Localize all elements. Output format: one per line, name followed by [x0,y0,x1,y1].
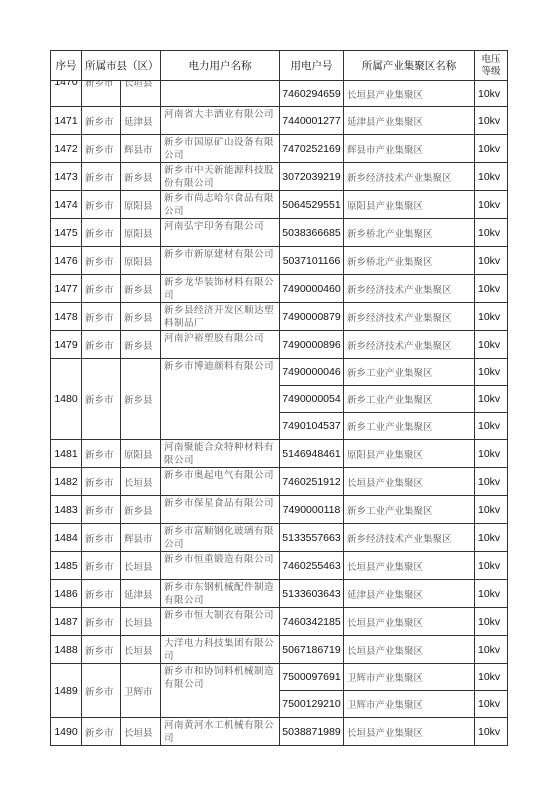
county-cell: 原阳县 [121,219,161,247]
voltage-cell: 10kv [475,608,508,636]
cluster-cell: 原阳县产业集聚区 [344,191,475,219]
header-district: 所属市县（区） [82,51,161,81]
cluster-cell: 新乡桥北产业集聚区 [344,219,475,247]
county-cell: 长垣县 [121,468,161,496]
account-cell: 5038871989 [280,718,344,746]
account-cell: 7460342185 [280,608,344,636]
account-cell: 5038366685 [280,219,344,247]
company-name-cell: 新乡市尚志哈尔食品有限公司 [161,191,280,219]
city-cell: 新乡市 [82,275,121,303]
cluster-cell: 新乡工业产业集聚区 [344,496,475,524]
account-cell: 7470252169 [280,135,344,163]
county-cell: 新乡县 [121,163,161,191]
document-page: 序号 所属市县（区） 电力用户名称 用电户号 所属产业集聚区名称 电压等级 14… [50,50,507,746]
header-cluster: 所属产业集聚区名称 [344,51,475,81]
company-name-cell: 新乡市新原建材有限公司 [161,247,280,275]
account-cell: 7500129210 [280,691,344,718]
company-name-cell: 新乡市富顺钢化玻璃有限公司 [161,524,280,552]
cluster-cell: 延津县产业集聚区 [344,107,475,135]
seq-cell: 1481 [51,440,82,468]
header-voltage: 电压等级 [475,51,508,81]
city-cell: 新乡市 [82,331,121,359]
account-cell: 5037101166 [280,247,344,275]
cluster-cell: 长垣县产业集聚区 [344,636,475,664]
seq-cell: 1483 [51,496,82,524]
county-cell: 新乡县 [121,359,161,440]
city-cell: 新乡市 [82,163,121,191]
header-user-name: 电力用户名称 [161,51,280,81]
header-seq: 序号 [51,51,82,81]
voltage-cell: 10kv [475,413,508,440]
county-cell: 原阳县 [121,247,161,275]
company-name-cell: 河南省大丰酒业有限公司 [161,107,280,135]
cluster-cell: 长垣县产业集聚区 [344,81,475,107]
seq-cell: 1489 [51,664,82,718]
account-cell: 5064529551 [280,191,344,219]
table-header-row: 序号 所属市县（区） 电力用户名称 用电户号 所属产业集聚区名称 电压等级 [51,51,508,81]
account-cell: 7490000054 [280,386,344,413]
company-name-cell: 河南沪裕塑胶有限公司 [161,331,280,359]
city-cell: 新乡市 [82,135,121,163]
power-users-table: 序号 所属市县（区） 电力用户名称 用电户号 所属产业集聚区名称 电压等级 14… [50,50,508,746]
table-row: 1477新乡市新乡县新乡龙华装饰材料有限公司7490000460新乡经济技术产业… [51,275,508,303]
account-cell: 3072039219 [280,163,344,191]
table-row: 1471新乡市延津县河南省大丰酒业有限公司7440001277延津县产业集聚区1… [51,107,508,135]
company-name-cell: 新乡龙华装饰材料有限公司 [161,275,280,303]
seq-cell: 1478 [51,303,82,331]
cluster-cell: 新乡桥北产业集聚区 [344,247,475,275]
seq-cell: 1490 [51,718,82,746]
seq-cell: 1477 [51,275,82,303]
cluster-cell: 辉县市产业集聚区 [344,135,475,163]
voltage-cell: 10kv [475,440,508,468]
county-cell: 延津县 [121,580,161,608]
company-name-cell: 新乡市保星食品有限公司 [161,496,280,524]
seq-cell: 1480 [51,359,82,440]
seq-cell: 1487 [51,608,82,636]
county-cell: 原阳县 [121,191,161,219]
table-row: 1473新乡市新乡县新乡市中天新能源科技股份有限公司3072039219新乡经济… [51,163,508,191]
city-cell: 新乡市 [82,191,121,219]
cluster-cell: 延津县产业集聚区 [344,580,475,608]
company-name-cell: 新乡县经济开发区顺达塑料制品厂 [161,303,280,331]
cluster-cell: 新乡工业产业集聚区 [344,413,475,440]
account-cell: 5133557663 [280,524,344,552]
voltage-cell: 10kv [475,386,508,413]
voltage-cell: 10kv [475,275,508,303]
company-name-cell: 新乡市和协饲料机械制造有限公司 [161,664,280,718]
cluster-cell: 卫辉市产业集聚区 [344,691,475,718]
table-row: 1482新乡市长垣县新乡市奥起电气有限公司7460251912长垣县产业集聚区1… [51,468,508,496]
county-cell: 延津县 [121,107,161,135]
county-cell: 长垣县 [121,552,161,580]
account-cell: 5146948461 [280,440,344,468]
account-cell: 5067186719 [280,636,344,664]
company-name-cell: 新乡市东钢机械配件制造有限公司 [161,580,280,608]
company-name-cell: 新乡市国原矿山设备有限公司 [161,135,280,163]
table-row: 1484新乡市辉县市新乡市富顺钢化玻璃有限公司5133557663新乡经济技术产… [51,524,508,552]
voltage-cell: 10kv [475,496,508,524]
city-cell: 新乡市 [82,303,121,331]
county-cell: 辉县市 [121,135,161,163]
table-row: 1489新乡市卫辉市新乡市和协饲料机械制造有限公司7500097691卫辉市产业… [51,664,508,691]
voltage-cell: 10kv [475,468,508,496]
company-name-cell: 新乡市奥起电气有限公司 [161,468,280,496]
city-cell: 新乡市 [82,247,121,275]
account-cell: 7490000046 [280,359,344,386]
county-cell: 辉县市 [121,524,161,552]
city-cell: 新乡市 [82,440,121,468]
table-row: 1481新乡市原阳县河南聚能合众特种材料有限公司5146948461原阳县产业集… [51,440,508,468]
county-cell: 长垣县 [121,718,161,746]
seq-cell: 1482 [51,468,82,496]
county-cell: 长垣县 [121,636,161,664]
company-name-cell: 新乡市博迪颜料有限公司 [161,359,280,440]
voltage-cell: 10kv [475,135,508,163]
account-cell: 7500097691 [280,664,344,691]
account-cell: 7490000896 [280,331,344,359]
cluster-cell: 新乡经济技术产业集聚区 [344,163,475,191]
cluster-cell: 长垣县产业集聚区 [344,552,475,580]
account-cell: 5133603643 [280,580,344,608]
account-cell: 7440001277 [280,107,344,135]
seq-cell: 1486 [51,580,82,608]
account-cell: 7490000879 [280,303,344,331]
cluster-cell: 新乡经济技术产业集聚区 [344,275,475,303]
name-cell [161,81,280,107]
table-row: 1474新乡市原阳县新乡市尚志哈尔食品有限公司5064529551原阳县产业集聚… [51,191,508,219]
voltage-cell: 10kv [475,331,508,359]
company-name-cell: 新乡市恒重锻造有限公司 [161,552,280,580]
seq-cell: 1488 [51,636,82,664]
account-cell: 7490000460 [280,275,344,303]
table-row: 1486新乡市延津县新乡市东钢机械配件制造有限公司5133603643延津县产业… [51,580,508,608]
seq-cell: 1471 [51,107,82,135]
voltage-cell: 10kv [475,247,508,275]
seq-cell: 1475 [51,219,82,247]
cluster-cell: 新乡工业产业集聚区 [344,386,475,413]
voltage-cell: 10kv [475,580,508,608]
voltage-cell: 10kv [475,107,508,135]
table-row: 1475新乡市原阳县河南弘宇印务有限公司5038366685新乡桥北产业集聚区1… [51,219,508,247]
county-cell: 长垣县 [121,608,161,636]
company-name-cell: 河南弘宇印务有限公司 [161,219,280,247]
seq-cell: 1484 [51,524,82,552]
county-cell: 新乡县 [121,496,161,524]
city-cell: 新乡市 [82,468,121,496]
city-cell: 新乡市 [82,608,121,636]
city-cell: 新乡市 [82,359,121,440]
table-row: 1487新乡市长垣县新乡市恒大制衣有限公司7460342185长垣县产业集聚区1… [51,608,508,636]
city-cell: 新乡市 [82,664,121,718]
city-cell: 新乡市 [82,107,121,135]
voltage-cell: 10kv [475,81,508,107]
cluster-cell: 长垣县产业集聚区 [344,608,475,636]
city-text: 新乡市 [85,81,117,89]
voltage-cell: 10kv [475,163,508,191]
seq-cell: 1479 [51,331,82,359]
seq-cell: 1470 [51,81,82,107]
city-cell: 新乡市 [82,580,121,608]
company-name-cell: 大洋电力科技集团有限公司 [161,636,280,664]
voltage-cell: 10kv [475,359,508,386]
table-row: 1480新乡市新乡县新乡市博迪颜料有限公司7490000046新乡工业产业集聚区… [51,359,508,386]
account-cell: 7460255463 [280,552,344,580]
seq-text: 1470 [54,81,78,88]
county-cell: 新乡县 [121,275,161,303]
city-cell: 新乡市 [82,81,121,107]
company-name-cell: 新乡市中天新能源科技股份有限公司 [161,163,280,191]
cluster-cell: 卫辉市产业集聚区 [344,664,475,691]
table-row-partial: 1470 新乡市 长垣县 7460294659 长垣县产业集聚区 10kv [51,81,508,107]
header-account: 用电户号 [280,51,344,81]
cluster-cell: 新乡经济技术产业集聚区 [344,331,475,359]
account-cell: 7460251912 [280,468,344,496]
seq-cell: 1473 [51,163,82,191]
city-cell: 新乡市 [82,524,121,552]
voltage-cell: 10kv [475,219,508,247]
table-row: 1485新乡市长垣县新乡市恒重锻造有限公司7460255463长垣县产业集聚区1… [51,552,508,580]
table-row: 1490新乡市长垣县河南黄河水工机械有限公司5038871989长垣县产业集聚区… [51,718,508,746]
city-cell: 新乡市 [82,552,121,580]
table-row: 1479新乡市新乡县河南沪裕塑胶有限公司7490000896新乡经济技术产业集聚… [51,331,508,359]
company-name-cell: 河南聚能合众特种材料有限公司 [161,440,280,468]
account-cell: 7490104537 [280,413,344,440]
seq-cell: 1474 [51,191,82,219]
table-row: 1472新乡市辉县市新乡市国原矿山设备有限公司7470252169辉县市产业集聚… [51,135,508,163]
city-cell: 新乡市 [82,219,121,247]
city-cell: 新乡市 [82,496,121,524]
county-cell: 原阳县 [121,440,161,468]
seq-cell: 1485 [51,552,82,580]
table-row: 1476新乡市原阳县新乡市新原建材有限公司5037101166新乡桥北产业集聚区… [51,247,508,275]
table-row: 1478新乡市新乡县新乡县经济开发区顺达塑料制品厂7490000879新乡经济技… [51,303,508,331]
voltage-cell: 10kv [475,636,508,664]
cluster-cell: 长垣县产业集聚区 [344,718,475,746]
table-row: 1483新乡市新乡县新乡市保星食品有限公司7490000118新乡工业产业集聚区… [51,496,508,524]
seq-cell: 1472 [51,135,82,163]
county-cell: 长垣县 [121,81,161,107]
voltage-cell: 10kv [475,303,508,331]
voltage-cell: 10kv [475,191,508,219]
voltage-cell: 10kv [475,552,508,580]
city-cell: 新乡市 [82,718,121,746]
city-cell: 新乡市 [82,636,121,664]
seq-cell: 1476 [51,247,82,275]
company-name-cell: 新乡市恒大制衣有限公司 [161,608,280,636]
table-row: 1488新乡市长垣县大洋电力科技集团有限公司5067186719长垣县产业集聚区… [51,636,508,664]
voltage-cell: 10kv [475,664,508,691]
account-cell: 7490000118 [280,496,344,524]
cluster-cell: 新乡经济技术产业集聚区 [344,524,475,552]
account-cell: 7460294659 [280,81,344,107]
county-cell: 卫辉市 [121,664,161,718]
voltage-cell: 10kv [475,691,508,718]
cluster-cell: 新乡经济技术产业集聚区 [344,303,475,331]
voltage-cell: 10kv [475,718,508,746]
voltage-cell: 10kv [475,524,508,552]
county-cell: 新乡县 [121,331,161,359]
county-text: 长垣县 [124,81,157,89]
cluster-cell: 原阳县产业集聚区 [344,440,475,468]
county-cell: 新乡县 [121,303,161,331]
cluster-cell: 长垣县产业集聚区 [344,468,475,496]
company-name-cell: 河南黄河水工机械有限公司 [161,718,280,746]
cluster-cell: 新乡工业产业集聚区 [344,359,475,386]
